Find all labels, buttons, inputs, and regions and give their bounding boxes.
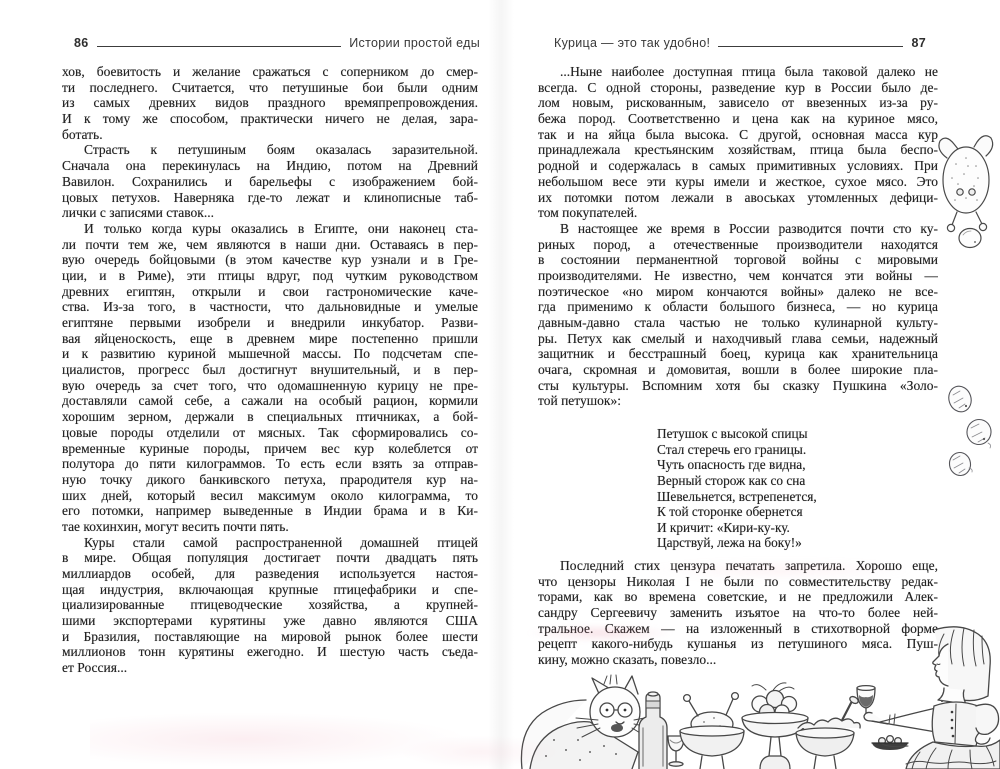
- text-line: щая индустрия, включающая крупные птицеф…: [62, 582, 478, 598]
- text-line: И к тому же способом, практически ничего…: [62, 111, 478, 127]
- plucked-chicken-with-egg-illustration: [930, 132, 1000, 250]
- woman-holding-wine-glass-icon: [857, 627, 1000, 769]
- text-line: его потомки, например выведенные в Индии…: [62, 503, 478, 519]
- text-line: доставляли самой себе, а сажали на особы…: [62, 393, 478, 409]
- text-line: ции, и в Риме), эти птицы вдруг, под чут…: [62, 268, 478, 284]
- poem-quote: Петушок с высокой спицыСтал стеречь его …: [657, 426, 938, 551]
- text-line: хов, боевитость и желание сражаться с со…: [62, 64, 478, 80]
- text-line: Куры стали самой распространенной домашн…: [62, 535, 478, 551]
- running-header-right: Курица — это так удобно! 87: [554, 36, 926, 50]
- text-line: бежа пород. Соответственно и цена как на…: [538, 111, 938, 127]
- running-title-right: Курица — это так удобно!: [554, 36, 710, 50]
- text-line: и к развитию куриной мышечной массы. По …: [62, 346, 478, 362]
- text-line: ры. Петух как смелый и находчивый глава …: [538, 331, 938, 347]
- bowl-with-roast-chicken-icon: [680, 693, 744, 769]
- page-number-right: 87: [911, 36, 926, 50]
- text-line: Страсть к петушиным боям оказалась зараз…: [62, 142, 478, 158]
- running-title-left: Истории простой еды: [349, 36, 480, 50]
- text-line: хорошим зерном, держали в специальных пт…: [62, 409, 478, 425]
- text-line: так и на яйца была высока. С другой, осн…: [538, 127, 938, 143]
- cat-with-glasses-icon: [521, 675, 650, 769]
- text-line: миллиардов особей, для разведения исполь…: [62, 566, 478, 582]
- running-header-left: 86 Истории простой еды: [74, 36, 480, 50]
- text-line: давным-давно стала частью не только кули…: [538, 315, 938, 331]
- text-line: небольшом весе эти куры имели и жесткое,…: [538, 174, 938, 190]
- text-line: временные куриные породы, причем вес кур…: [62, 441, 478, 457]
- fruit-compote-stand-icon: [742, 683, 808, 769]
- text-line: родной и содержалась в самых примитивных…: [538, 158, 938, 174]
- banquet-scene-illustration: [520, 600, 1000, 769]
- text-line: производителями. Не известно, чем кончат…: [538, 268, 938, 284]
- header-rule-right: [718, 45, 903, 47]
- text-line: цовых петухов. Наверняка где-то лежат и …: [62, 190, 478, 206]
- text-line: том покупателей.: [538, 205, 938, 221]
- text-line: ти последнего. Считается, что петушиные …: [62, 80, 478, 96]
- text-line: циалистов, прогресс был достигнут внушит…: [62, 362, 478, 378]
- text-line: из самых древних видов праздного времяпр…: [62, 95, 478, 111]
- text-line: ную точку дикого банкивского петуха, пра…: [62, 472, 478, 488]
- poem-line: Верный сторож как со сна: [657, 473, 938, 489]
- text-line: цовые породы отделили от мясных. Так сфо…: [62, 425, 478, 441]
- text-line: ших дней, который весил максимум около к…: [62, 488, 478, 504]
- text-line: циализированные птицеводческие хозяйства…: [62, 597, 478, 613]
- header-rule-left: [97, 45, 342, 47]
- text-line: что цензоры Николая I не были по совмест…: [538, 574, 938, 590]
- page-number-left: 86: [74, 36, 89, 50]
- text-line: вую очередь бойцовыми (в этом качестве к…: [62, 252, 478, 268]
- poem-line: И кричит: «Кири-ку-ку.: [657, 520, 938, 536]
- text-line: ли почти тем же, чем являются в наши дни…: [62, 237, 478, 253]
- three-eggs-sketch-illustration: [940, 382, 1000, 482]
- text-line: их потомки потом лежали в авоськах утомл…: [538, 190, 938, 206]
- text-line: в состоянии перманентной торговой войны …: [538, 252, 938, 268]
- poem-line: Чуть опасность где видна,: [657, 457, 938, 473]
- poem-line: К той сторонке обернется: [657, 504, 938, 520]
- text-line: тае кохинхин, могут весить почти пять.: [62, 519, 478, 535]
- text-line: принадлежала крестьянским хозяйствам, пт…: [538, 142, 938, 158]
- bowl-with-spoon-icon: [796, 695, 860, 769]
- text-line: всегда. С одной стороны, разведение кур …: [538, 80, 938, 96]
- text-line: той петушок»:: [538, 393, 938, 409]
- egg-icon: [965, 417, 994, 448]
- text-line: египтяне первыми изобрели и внедрили инк…: [62, 315, 478, 331]
- body-text-right: ...Ныне наиболее доступная птица была та…: [538, 64, 938, 668]
- text-line: риных пород, а отечественные производите…: [538, 237, 938, 253]
- text-line: вая яйценоскость, еще в древнем мире пос…: [62, 331, 478, 347]
- plate-with-snacks-icon: [872, 736, 908, 750]
- poem-line: Шевельнется, встрепенется,: [657, 489, 938, 505]
- text-line: лички с записями ставок...: [62, 205, 478, 221]
- poem-line: Царствуй, лежа на боку!»: [657, 535, 938, 551]
- text-line: защитник и бесстрашный боец, курица как …: [538, 346, 938, 362]
- poem-line: Стал стеречь его границы.: [657, 442, 938, 458]
- book-gutter-shadow: [488, 0, 514, 769]
- text-line: ства. Из-за того, в частности, что дальн…: [62, 299, 478, 315]
- egg-icon: [948, 451, 972, 477]
- book-spread: 86 Истории простой еды Курица — это так …: [0, 0, 1000, 769]
- text-line: и Бразилия, поставляющие на мировой рыно…: [62, 629, 478, 645]
- egg-icon: [946, 383, 975, 415]
- text-line: гда применимо к области большого бизнеса…: [538, 299, 938, 315]
- text-line: древних египтян, открыли и свои гастроно…: [62, 284, 478, 300]
- egg-icon: [959, 229, 981, 248]
- text-line: вую очередь за счет того, что одомашненн…: [62, 378, 478, 394]
- plucked-chicken-icon: [939, 136, 993, 232]
- text-line: сты культуры. Вспомним хотя бы сказку Пу…: [538, 378, 938, 394]
- wine-bottle-icon: [639, 692, 667, 769]
- page-showthrough-stain: [90, 712, 470, 767]
- text-line: миллионов тонн курятины ежегодно. И шест…: [62, 644, 478, 660]
- text-line: поэтическое «но миром кончаются войны» д…: [538, 284, 938, 300]
- text-line: полутора до пяти килограммов. То есть ес…: [62, 456, 478, 472]
- text-line: И только когда куры оказались в Египте, …: [62, 221, 478, 237]
- text-line: лом новым, рискованным, зависело от ввез…: [538, 95, 938, 111]
- text-line: Последний стих цензура печатать запретил…: [538, 558, 938, 574]
- body-text-left: хов, боевитость и желание сражаться с со…: [62, 64, 478, 676]
- text-line: шими экспортерами курятины уже давно явл…: [62, 613, 478, 629]
- text-line: в мире. Общая популяция достигает почти …: [62, 550, 478, 566]
- text-line: ботать.: [62, 127, 478, 143]
- text-line: Сначала она перекинулась на Индию, потом…: [62, 158, 478, 174]
- text-line: очага, скромная и домовитая, вошли в бол…: [538, 362, 938, 378]
- poem-line: Петушок с высокой спицы: [657, 426, 938, 442]
- text-line: ет Россия...: [62, 660, 478, 676]
- text-line: ...Ныне наиболее доступная птица была та…: [538, 64, 938, 80]
- text-line: Вавилон. Сохранились и барельефы с изобр…: [62, 174, 478, 190]
- text-line: В настоящее же время в России разводится…: [538, 221, 938, 237]
